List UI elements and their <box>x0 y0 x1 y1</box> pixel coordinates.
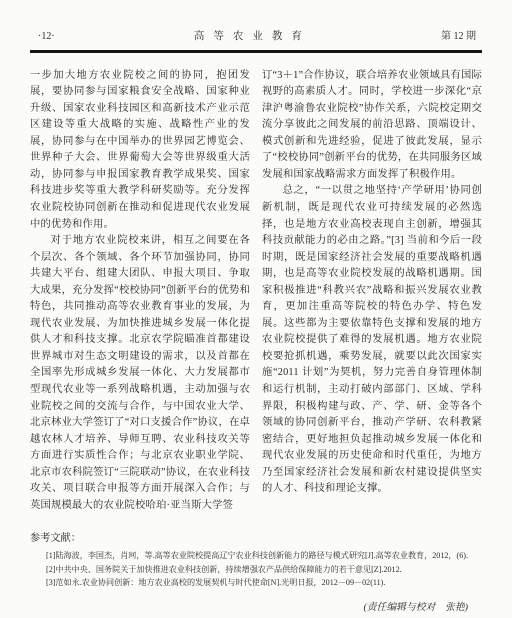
left-column: 一步加大地方农业院校之间的协同，抱团发展，要协同参与国家粮食安全战略、国家种业升… <box>30 68 250 515</box>
page-header: ·12· 高等农业教育 第 12 期 <box>30 27 482 50</box>
references-heading: 参考文献： <box>30 529 482 544</box>
issue-number: 第 12 期 <box>441 27 476 42</box>
journal-page: ·12· 高等农业教育 第 12 期 一步加大地方农业院校之间的协同，抱团发展，… <box>0 0 512 618</box>
journal-title: 高等农业教育 <box>185 28 311 43</box>
header-rule <box>30 50 482 53</box>
paragraph: 总之，“一以贯之地坚持‘产学研用’协同创新机制，既是现代农业可持续发展的必然选择… <box>262 183 482 497</box>
reference-item: [1]陆海波，李国杰，肖珂，等.高等农业院校提高辽宁农业科技创新能力的路径与模式… <box>30 549 482 562</box>
editor-note: (责任编辑与校对 张艳) <box>30 599 482 613</box>
reference-item: [3]范如永.农业协同创新：地方农业高校的发展契机与时代使命[N].光明日报，2… <box>30 576 482 589</box>
paragraph: 一步加大地方农业院校之间的协同，抱团发展，要协同参与国家粮食安全战略、国家种业升… <box>30 68 250 233</box>
right-column: 订“3＋1”合作协议，联合培养农业领域具有国际视野的高素质人才。同时，学校进一步… <box>262 68 482 515</box>
page-number: ·12· <box>38 31 55 42</box>
reference-item: [2]中共中央、国务院关于加快推进农业科技创新，持续增强农产品供给保障能力的若干… <box>30 563 482 576</box>
paragraph: 订“3＋1”合作协议，联合培养农业领域具有国际视野的高素质人才。同时，学校进一步… <box>262 68 482 184</box>
references-list: [1]陆海波，李国杰，肖珂，等.高等农业院校提高辽宁农业科技创新能力的路径与模式… <box>30 549 482 589</box>
references-section: 参考文献： [1]陆海波，李国杰，肖珂，等.高等农业院校提高辽宁农业科技创新能力… <box>30 529 482 589</box>
article-body: 一步加大地方农业院校之间的协同，抱团发展，要协同参与国家粮食安全战略、国家种业升… <box>30 68 482 515</box>
paragraph: 对于地方农业院校来讲，相互之间要在各个层次、各个领域、各个环节加强协同，协同共建… <box>30 233 250 514</box>
